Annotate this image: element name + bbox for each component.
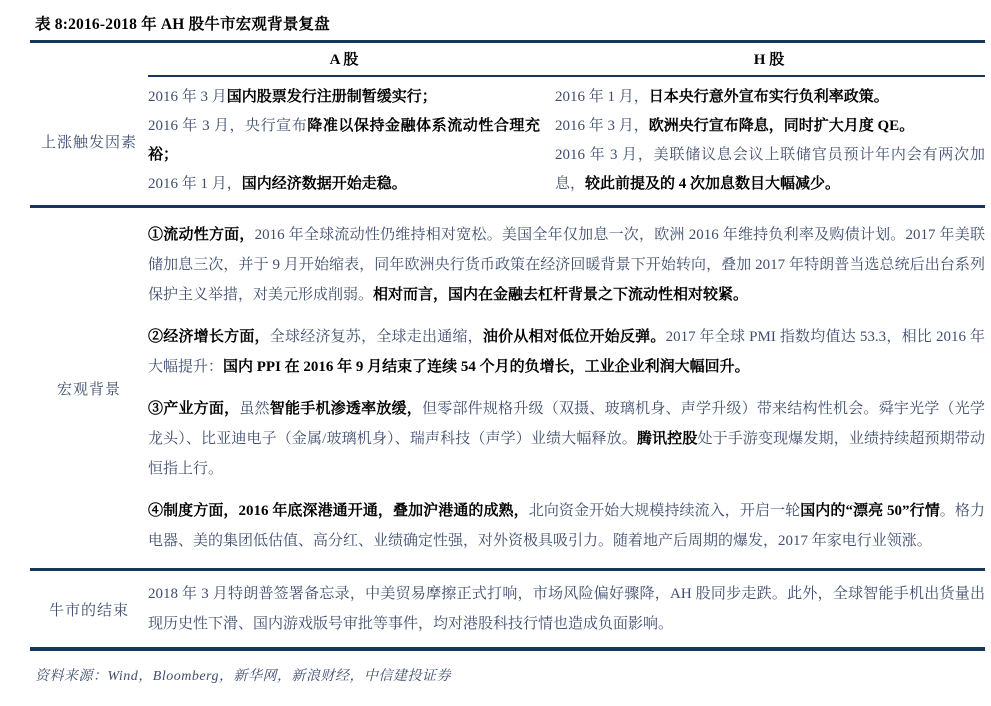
row-bull-market-end: 牛市的结束 2018 年 3 月特朗普签署备忘录，中美贸易摩擦正式打响，市场风险… xyxy=(30,571,985,647)
document-page: 表 8:2016-2018 年 AH 股牛市宏观背景复盘 A 股 H 股 上涨触… xyxy=(0,0,991,706)
macro-paragraph-institution: ④制度方面，2016 年底深港通开通，叠加沪港通的成熟，北向资金开始大规模持续流… xyxy=(148,496,985,556)
bull-market-end-content: 2018 年 3 月特朗普签署备忘录，中美贸易摩擦正式打响，市场风险偏好骤降，A… xyxy=(148,571,985,647)
trigger-factors-content: 2016 年 3 月国内股票发行注册制暂缓实行； 2016 年 3 月，央行宣布… xyxy=(148,77,985,205)
macro-paragraph-growth: ②经济增长方面，全球经济复苏，全球走出通缩，油价从相对低位开始反弹。2017 年… xyxy=(148,322,985,382)
row-trigger-factors: 上涨触发因素 2016 年 3 月国内股票发行注册制暂缓实行； 2016 年 3… xyxy=(30,77,985,208)
row-label-trigger-factors: 上涨触发因素 xyxy=(30,77,148,205)
table-title: 表 8:2016-2018 年 AH 股牛市宏观背景复盘 xyxy=(30,12,985,34)
h-share-item: 2016 年 3 月，美联储议息会议上联储官员预计年内会有两次加息，较此前提及的… xyxy=(555,141,985,199)
data-source-note: 资料来源：Wind，Bloomberg，新华网，新浪财经，中信建投证券 xyxy=(30,665,985,685)
a-share-cell: 2016 年 3 月国内股票发行注册制暂缓实行； 2016 年 3 月，央行宣布… xyxy=(148,83,540,199)
h-share-item: 2016 年 1 月，日本央行意外宣布实行负利率政策。 xyxy=(555,83,985,112)
h-share-item: 2016 年 3 月，欧洲央行宣布降息，同时扩大月度 QE。 xyxy=(555,112,985,141)
a-share-item: 2016 年 3 月国内股票发行注册制暂缓实行； xyxy=(148,83,540,112)
bull-market-end-paragraph: 2018 年 3 月特朗普签署备忘录，中美贸易摩擦正式打响，市场风险偏好骤降，A… xyxy=(148,579,985,639)
column-header-h-share: H 股 xyxy=(555,43,983,75)
header-columns: A 股 H 股 xyxy=(148,43,983,75)
row-macro-background: 宏观背景 ①流动性方面，2016 年全球流动性仍维持相对宽松。美国全年仅加息一次… xyxy=(30,208,985,571)
row-label-macro-background: 宏观背景 xyxy=(30,208,148,568)
macro-paragraph-industry: ③产业方面，虽然智能手机渗透率放缓，但零部件规格升级（双摄、玻璃机身、声学升级）… xyxy=(148,394,985,484)
a-share-item: 2016 年 3 月，央行宣布降准以保持金融体系流动性合理充裕； xyxy=(148,112,540,170)
h-share-cell: 2016 年 1 月，日本央行意外宣布实行负利率政策。 2016 年 3 月，欧… xyxy=(555,83,985,199)
header-content: A 股 H 股 xyxy=(148,43,985,77)
table-header-row: A 股 H 股 xyxy=(30,43,985,77)
macro-background-content: ①流动性方面，2016 年全球流动性仍维持相对宽松。美国全年仅加息一次，欧洲 2… xyxy=(148,208,985,568)
row-label-bull-market-end: 牛市的结束 xyxy=(30,571,148,647)
trigger-factors-columns: 2016 年 3 月国内股票发行注册制暂缓实行； 2016 年 3 月，央行宣布… xyxy=(148,83,985,199)
header-label-spacer xyxy=(30,43,148,77)
column-header-a-share: A 股 xyxy=(148,43,540,75)
macro-paragraph-liquidity: ①流动性方面，2016 年全球流动性仍维持相对宽松。美国全年仅加息一次，欧洲 2… xyxy=(148,220,985,310)
a-share-item: 2016 年 1 月，国内经济数据开始走稳。 xyxy=(148,170,540,199)
macro-review-table: A 股 H 股 上涨触发因素 2016 年 3 月国内股票发行注册制暂缓实行； … xyxy=(30,40,985,651)
